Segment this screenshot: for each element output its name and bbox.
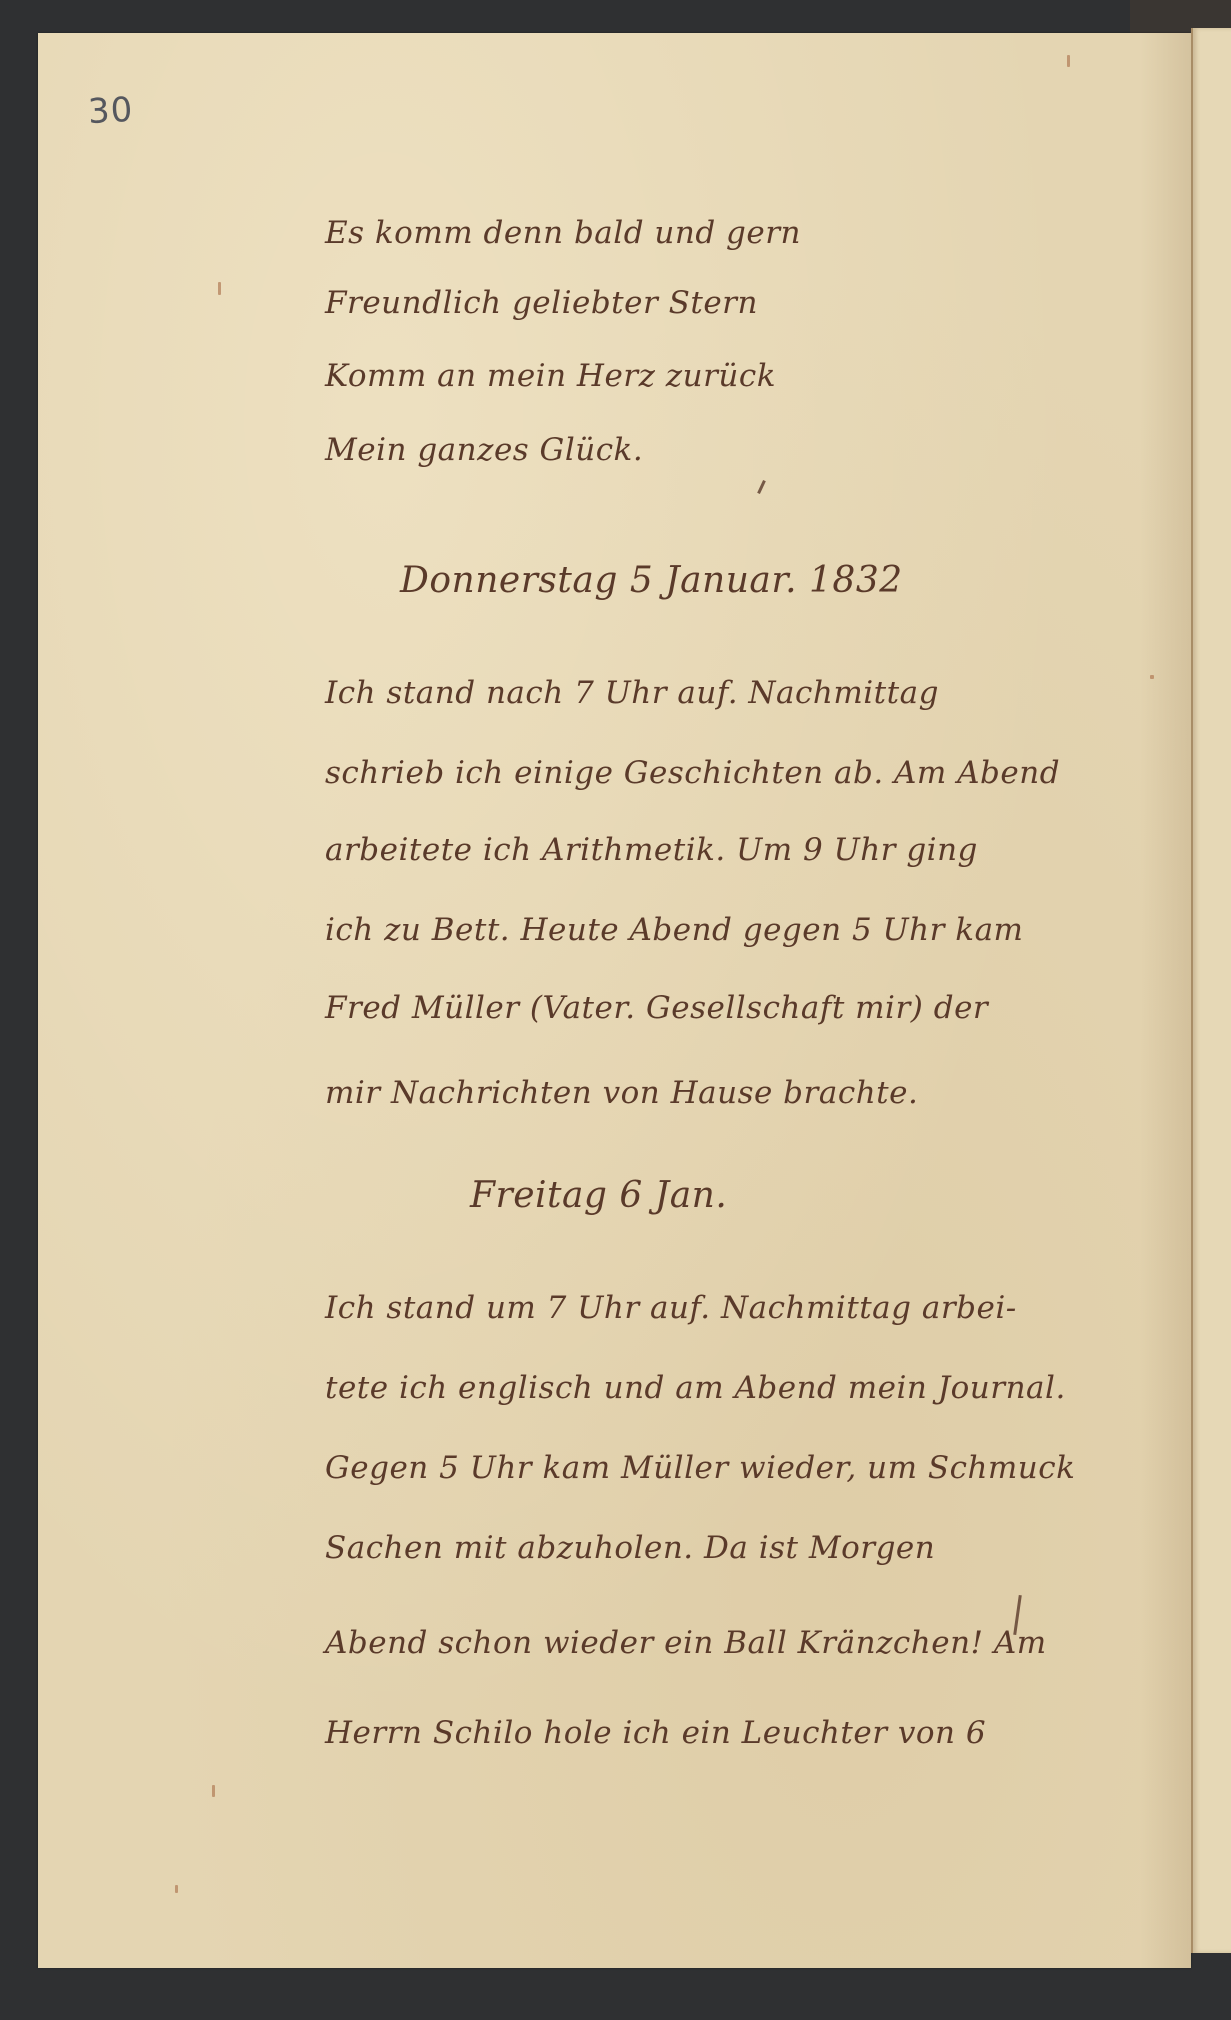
entry-line: tete ich englisch und am Abend mein Jour… xyxy=(325,1370,1066,1406)
entry-heading: Donnerstag 5 Januar. 1832 xyxy=(400,560,903,601)
entry-line: arbeitete ich Arithmetik. Um 9 Uhr ging xyxy=(325,832,978,868)
entry-heading: Freitag 6 Jan. xyxy=(470,1175,727,1216)
entry-line: Abend schon wieder ein Ball Kränzchen! A… xyxy=(325,1625,1047,1661)
paper-speck xyxy=(1067,55,1070,67)
entry-line: Ich stand um 7 Uhr auf. Nachmittag arbei… xyxy=(325,1290,1017,1326)
entry-line: schrieb ich einige Geschichten ab. Am Ab… xyxy=(325,755,1060,791)
poem-line: Freundlich geliebter Stern xyxy=(325,285,758,321)
entry-line: Herrn Schilo hole ich ein Leuchter von 6 xyxy=(325,1715,986,1751)
entry-line: Sachen mit abzuholen. Da ist Morgen xyxy=(325,1530,935,1566)
poem-line: Mein ganzes Glück. xyxy=(325,432,643,468)
next-leaf-edge xyxy=(1191,28,1231,1953)
entry-line: Gegen 5 Uhr kam Müller wieder, um Schmuc… xyxy=(325,1450,1075,1486)
paper-speck xyxy=(175,1885,178,1893)
entry-line: Fred Müller (Vater. Gesellschaft mir) de… xyxy=(325,990,988,1026)
entry-line: Ich stand nach 7 Uhr auf. Nachmittag xyxy=(325,675,939,711)
poem-line: Komm an mein Herz zurück xyxy=(325,358,776,394)
entry-line: ich zu Bett. Heute Abend gegen 5 Uhr kam xyxy=(325,912,1023,948)
page-number: 30 xyxy=(87,90,134,132)
entry-line: mir Nachrichten von Hause brachte. xyxy=(325,1075,918,1111)
paper-speck xyxy=(212,1785,215,1797)
gutter-shadow xyxy=(1140,33,1191,1968)
paper-speck xyxy=(218,282,221,295)
poem-line: Es komm denn bald und gern xyxy=(325,215,801,251)
paper-speck xyxy=(1150,675,1154,679)
